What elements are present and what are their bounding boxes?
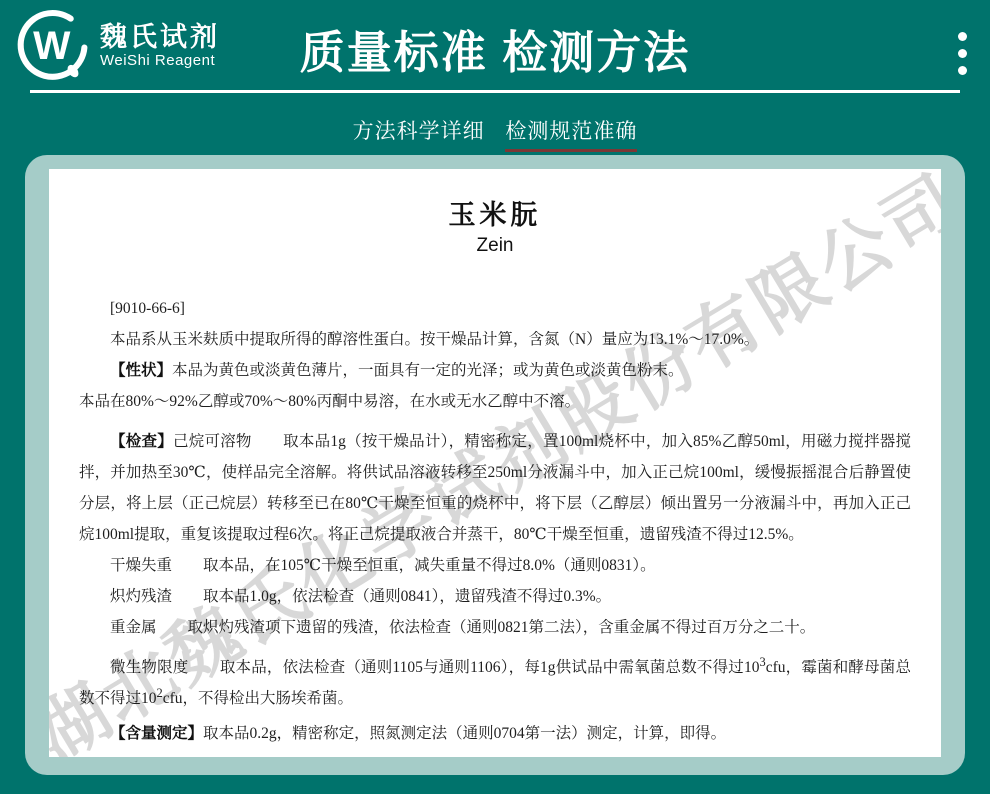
document-content: 玉米朊 Zein [9010-66-6] 本品系从玉米麸质中提取所得的醇溶性蛋白… bbox=[49, 169, 941, 749]
page-title: 质量标准 检测方法 bbox=[0, 16, 990, 81]
menu-dot bbox=[958, 32, 967, 41]
header-divider bbox=[30, 90, 960, 93]
paragraph-text: 取本品0.2g，精密称定，照氮测定法（通则0704第一法）测定，计算，即得。 bbox=[203, 725, 726, 742]
paragraph-text: 微生物限度 取本品，依法检查（通则1105与通则1106），每1g供试品中需氧菌… bbox=[110, 659, 759, 676]
heavy-metals-paragraph: 重金属 取炽灼残渣项下遗留的残渣，依法检查（通则0821第二法），含重金属不得过… bbox=[79, 612, 911, 643]
test-paragraph: 【检查】己烷可溶物 取本品1g（按干燥品计），精密称定，置100ml烧杯中，加入… bbox=[79, 426, 911, 550]
tagline-part1: 方法科学详细 bbox=[353, 120, 485, 143]
section-label-assay: 【含量测定】 bbox=[110, 725, 203, 742]
section-label-character: 【性状】 bbox=[110, 362, 172, 379]
kebab-menu-icon[interactable] bbox=[958, 24, 968, 83]
paragraph-text: cfu，不得检出大肠埃希菌。 bbox=[163, 690, 353, 707]
menu-dot bbox=[958, 66, 967, 75]
microbial-limit-paragraph: 微生物限度 取本品，依法检查（通则1105与通则1106），每1g供试品中需氧菌… bbox=[79, 652, 911, 714]
character-paragraph: 【性状】本品为黄色或淡黄色薄片，一面具有一定的光泽；或为黄色或淡黄色粉末。 bbox=[79, 355, 911, 386]
definition-paragraph: 本品系从玉米麸质中提取所得的醇溶性蛋白。按干燥品计算，含氮（N）量应为13.1%… bbox=[79, 324, 911, 355]
loss-on-drying-paragraph: 干燥失重 取本品，在105℃干燥至恒重，减失重量不得过8.0%（通则0831）。 bbox=[79, 550, 911, 581]
section-label-test: 【检查】 bbox=[110, 433, 173, 450]
paragraph-text: 本品为黄色或淡黄色薄片，一面具有一定的光泽；或为黄色或淡黄色粉末。 bbox=[172, 362, 684, 379]
menu-dot bbox=[958, 49, 967, 58]
document-sheet: 湖北魏氏化学试剂股份有限公司 玉米朊 Zein [9010-66-6] 本品系从… bbox=[49, 169, 941, 757]
tagline-part2: 检测规范准确 bbox=[505, 115, 637, 152]
header-banner: W 魏氏试剂 WeiShi Reagent 质量标准 检测方法 bbox=[0, 0, 990, 93]
product-title-cn: 玉米朊 bbox=[79, 193, 911, 232]
tagline: 方法科学详细 检测规范准确 bbox=[0, 93, 990, 152]
cas-number: [9010-66-6] bbox=[79, 293, 911, 324]
solubility-paragraph: 本品在80%～92%乙醇或70%～80%丙酮中易溶，在水或无水乙醇中不溶。 bbox=[79, 386, 911, 417]
document-card: 湖北魏氏化学试剂股份有限公司 玉米朊 Zein [9010-66-6] 本品系从… bbox=[25, 155, 965, 775]
assay-paragraph: 【含量测定】取本品0.2g，精密称定，照氮测定法（通则0704第一法）测定，计算… bbox=[79, 718, 911, 749]
product-title-en: Zein bbox=[79, 235, 911, 257]
residue-on-ignition-paragraph: 炽灼残渣 取本品1.0g，依法检查（通则0841），遗留残渣不得过0.3%。 bbox=[79, 581, 911, 612]
paragraph-text: 己烷可溶物 取本品1g（按干燥品计），精密称定，置100ml烧杯中，加入85%乙… bbox=[79, 433, 911, 543]
